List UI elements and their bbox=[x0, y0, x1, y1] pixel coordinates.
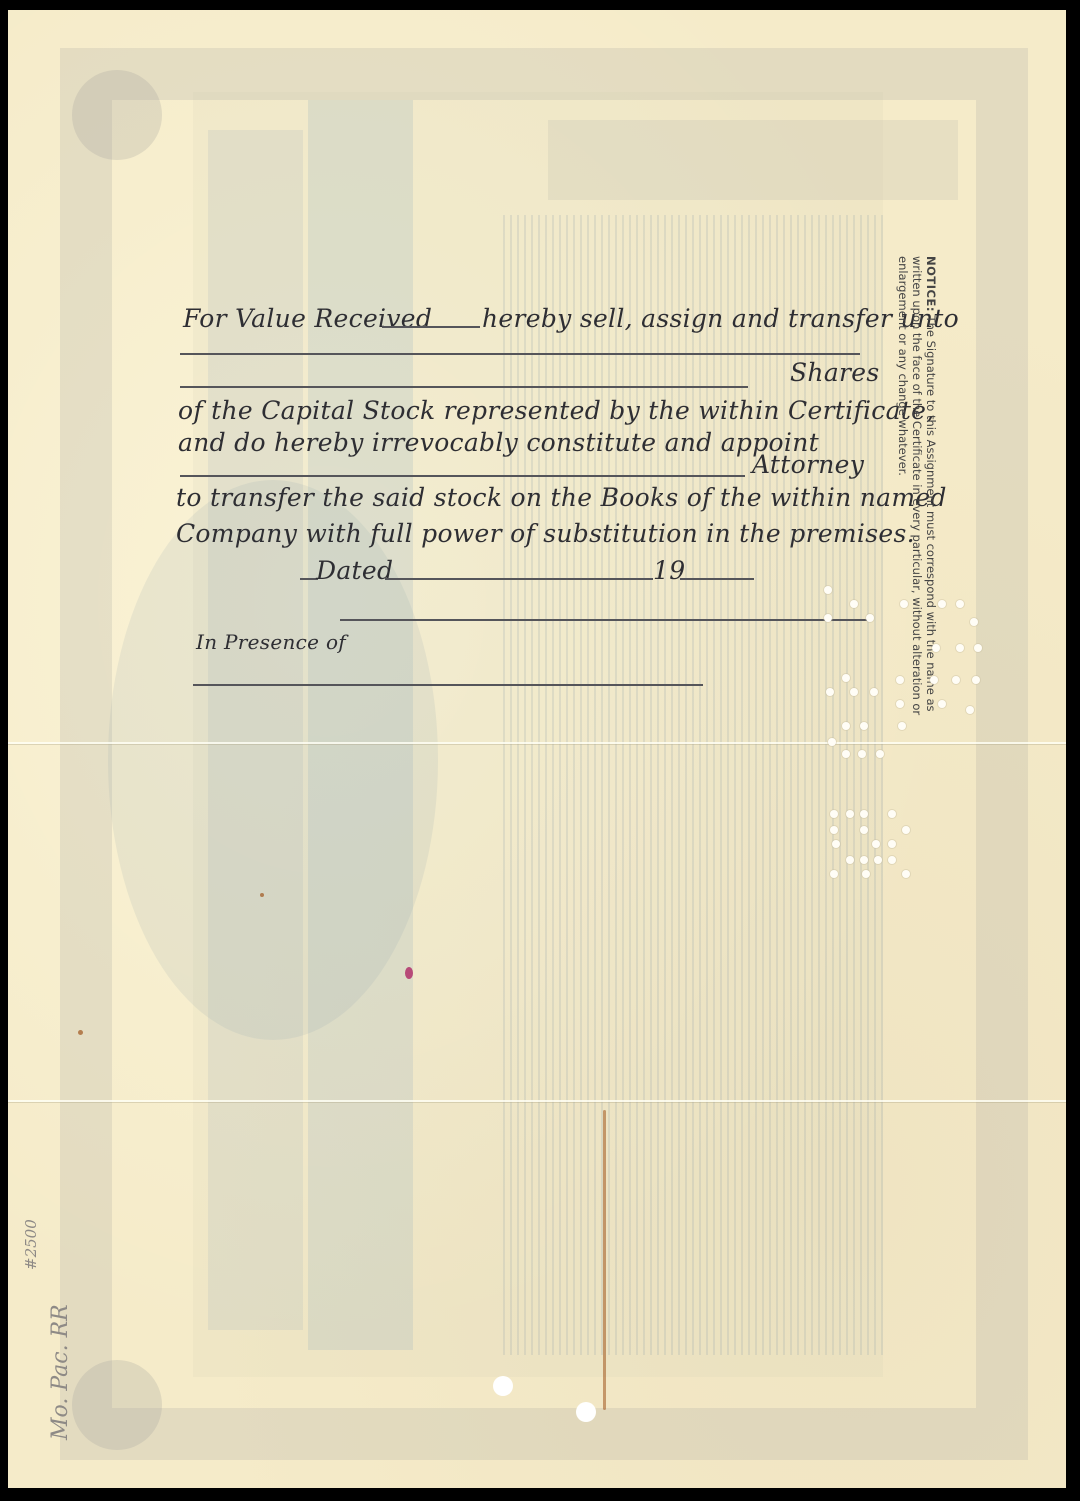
punch-hole bbox=[576, 1402, 596, 1422]
dated-label: Dated bbox=[316, 556, 393, 585]
witness-line[interactable] bbox=[193, 684, 703, 686]
foxing-spot bbox=[260, 893, 264, 897]
show-through-seal-icon bbox=[72, 70, 162, 160]
show-through-seal-icon bbox=[72, 1360, 162, 1450]
year-prefix: 19 bbox=[653, 556, 685, 585]
assignee-line[interactable] bbox=[180, 353, 860, 355]
punch-hole bbox=[493, 1376, 513, 1396]
assignor-line[interactable] bbox=[382, 326, 480, 328]
pencil-note-number: #2500 bbox=[22, 1219, 40, 1270]
in-presence-of-label: In Presence of bbox=[196, 630, 346, 654]
certificate-paper bbox=[8, 10, 1066, 1488]
signature-notice: NOTICE: The Signature to this Assignment… bbox=[896, 256, 938, 726]
attorney-line[interactable] bbox=[180, 475, 745, 477]
substitution-clause: Company with full power of substitution … bbox=[176, 519, 915, 548]
pencil-note-company: Mo. Pac. RR bbox=[48, 1304, 73, 1440]
appoint-clause: and do hereby irrevocably constitute and… bbox=[178, 428, 819, 457]
signature-line[interactable] bbox=[340, 619, 870, 621]
shares-label: Shares bbox=[790, 358, 880, 387]
show-through-title-band bbox=[308, 100, 413, 1350]
notice-heading: NOTICE: bbox=[924, 256, 938, 312]
foxing-spot bbox=[78, 1030, 83, 1035]
year-line[interactable] bbox=[680, 578, 754, 580]
capital-stock-clause: of the Capital Stock represented by the … bbox=[178, 396, 935, 425]
show-through-header bbox=[548, 120, 958, 200]
transfer-books-clause: to transfer the said stock on the Books … bbox=[176, 483, 947, 512]
for-value-received-label: For Value Received bbox=[183, 304, 432, 333]
magenta-ink-stain bbox=[405, 967, 413, 979]
date-line[interactable] bbox=[385, 578, 653, 580]
rust-streak bbox=[603, 1110, 606, 1410]
attorney-label: Attorney bbox=[752, 450, 864, 479]
transfer-clause: hereby sell, assign and transfer unto bbox=[482, 304, 959, 333]
fold-line bbox=[8, 742, 1066, 744]
fold-line bbox=[8, 1100, 1066, 1102]
shares-count-line[interactable] bbox=[180, 386, 748, 388]
